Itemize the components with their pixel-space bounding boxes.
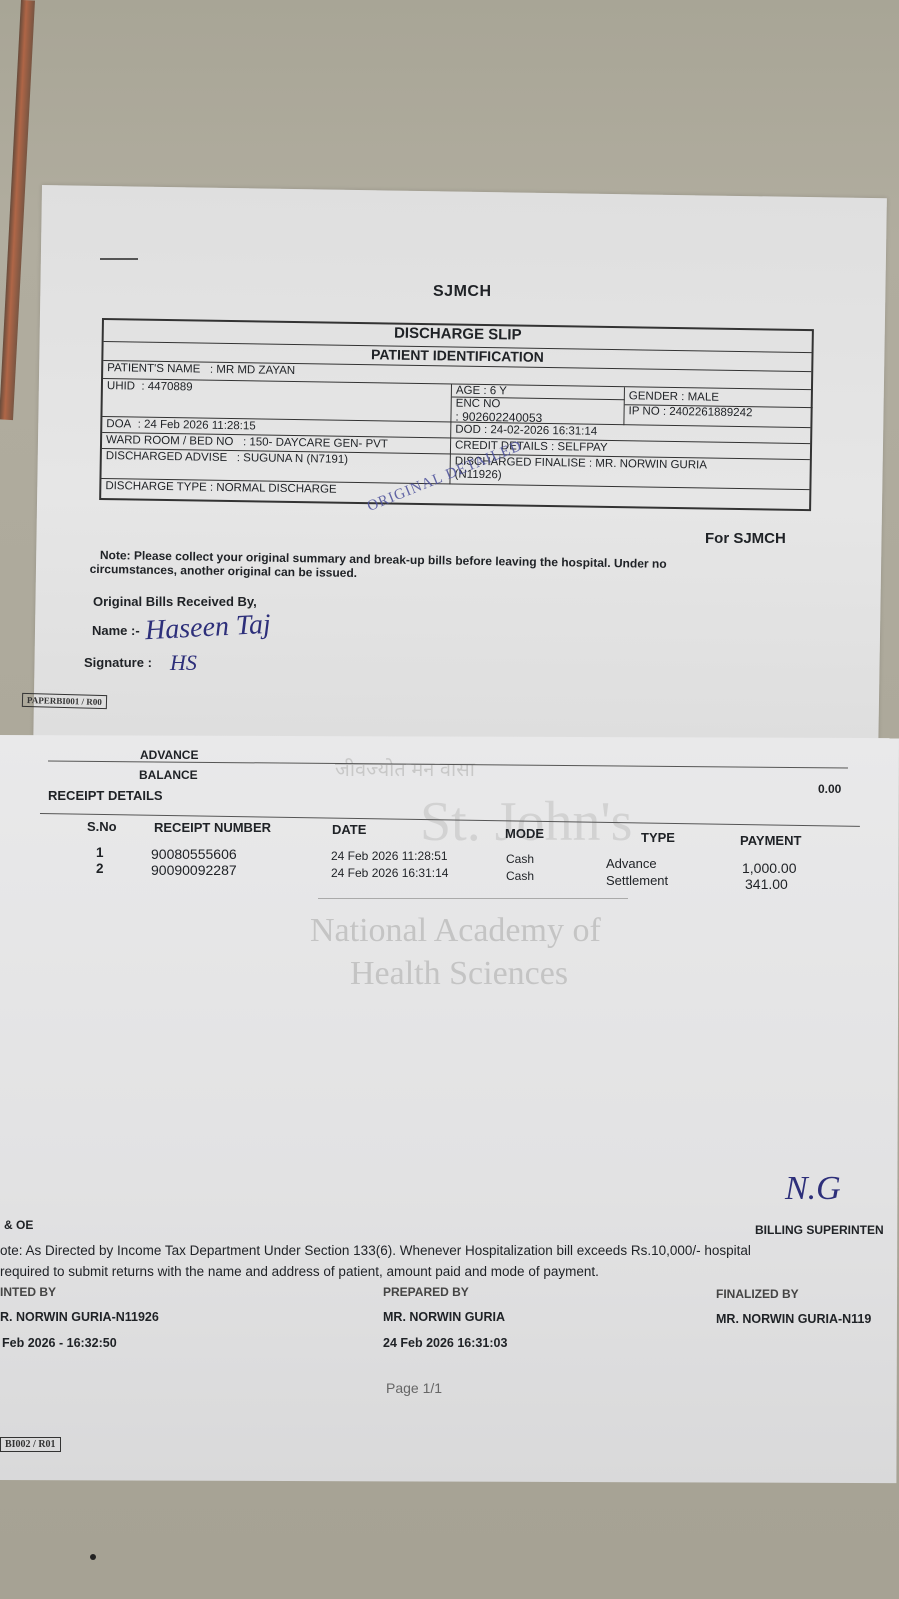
advance-label: ADVANCE (140, 748, 198, 762)
col-header-sno: S.No (87, 819, 117, 834)
row-payment: 341.00 (745, 876, 788, 892)
row-date: 24 Feb 2026 16:31:14 (331, 866, 448, 880)
row-mode: Cash (506, 852, 534, 866)
handwritten-signature: HS (170, 650, 197, 676)
advise-value: : SUGUNA N (N7191) (237, 452, 348, 466)
form-code-2: BI002 / R01 (0, 1437, 61, 1452)
row-date: 24 Feb 2026 11:28:51 (331, 849, 448, 863)
uhid-value: : 4470889 (141, 381, 192, 394)
finalized-by-label: FINALIZED BY (716, 1287, 799, 1301)
row-sno: 1 (96, 845, 104, 860)
dod-value: DOD : 24-02-2026 16:31:14 (455, 424, 597, 438)
receipt-details-title: RECEIPT DETAILS (48, 788, 163, 803)
tax-note-line-1: ote: As Directed by Income Tax Departmen… (0, 1240, 751, 1261)
patient-name-value: : MR MD ZAYAN (210, 364, 295, 377)
for-sjmch-label: For SJMCH (705, 530, 786, 547)
form-code-1: PAPERBI001 / R00 (22, 693, 107, 709)
watermark-line-1: National Academy of (310, 912, 601, 950)
watermark-line-2: Health Sciences (350, 955, 568, 993)
received-by-label: Original Bills Received By, (93, 594, 257, 609)
signature-label: Signature : (84, 655, 152, 670)
col-header-payment: PAYMENT (740, 833, 801, 848)
printed-at-value: Feb 2026 - 16:32:50 (2, 1336, 117, 1350)
prepared-by-label: PREPARED BY (383, 1285, 469, 1299)
col-header-receipt-number: RECEIPT NUMBER (154, 820, 271, 835)
name-label: Name :- (92, 623, 140, 638)
col-header-type: TYPE (641, 830, 675, 845)
patient-identification-table: DISCHARGE SLIP PATIENT IDENTIFICATION PA… (99, 318, 814, 511)
row-type: Advance (606, 856, 657, 871)
doa-value: : 24 Feb 2026 11:28:15 (138, 419, 256, 433)
income-tax-note: ote: As Directed by Income Tax Departmen… (0, 1240, 751, 1282)
prepared-by-value: MR. NORWIN GURIA (383, 1310, 505, 1324)
watermark-motto: जीवज्योत मन वासा (335, 755, 475, 782)
eoe-label: & OE (4, 1218, 33, 1232)
credit-details: CREDIT DETAILS : SELFPAY (455, 440, 608, 454)
billing-superintendent-label: BILLING SUPERINTEN (755, 1223, 884, 1237)
ward-label: WARD ROOM / BED NO (106, 434, 234, 448)
advise-label: DISCHARGED ADVISE (106, 450, 228, 464)
watermark-divider (318, 898, 628, 899)
row-mode: Cash (506, 869, 534, 883)
pen-mark (100, 258, 138, 260)
tax-note-line-2: required to submit returns with the name… (0, 1261, 751, 1282)
page-number: Page 1/1 (386, 1380, 442, 1396)
uhid-label: UHID (107, 380, 135, 392)
ip-no-value: IP NO : 2402261889242 (629, 405, 809, 420)
balance-value: 0.00 (818, 782, 841, 796)
balance-label: BALANCE (139, 768, 198, 782)
hospital-name: SJMCH (433, 283, 492, 301)
row-receipt-number: 90080555606 (151, 846, 237, 862)
col-header-mode: MODE (505, 826, 544, 841)
finalized-by-value: MR. NORWIN GURIA-N119 (716, 1312, 871, 1326)
printed-by-label: INTED BY (0, 1285, 56, 1299)
printed-by-value: R. NORWIN GURIA-N11926 (0, 1310, 159, 1324)
patient-name-label: PATIENT'S NAME (107, 362, 200, 375)
col-header-date: DATE (332, 822, 366, 837)
prepared-at-value: 24 Feb 2026 16:31:03 (383, 1336, 507, 1350)
row-type: Settlement (606, 873, 668, 888)
billing-signature: N.G (785, 1170, 841, 1208)
ward-value: : 150- DAYCARE GEN- PVT (243, 436, 388, 450)
doa-label: DOA (106, 418, 131, 430)
floor-spot (90, 1554, 96, 1560)
row-sno: 2 (96, 861, 104, 876)
row-receipt-number: 90090092287 (151, 862, 237, 878)
handwritten-name: Haseen Taj (144, 609, 271, 648)
row-payment: 1,000.00 (742, 860, 797, 876)
discharge-type: DISCHARGE TYPE : NORMAL DISCHARGE (105, 480, 336, 496)
